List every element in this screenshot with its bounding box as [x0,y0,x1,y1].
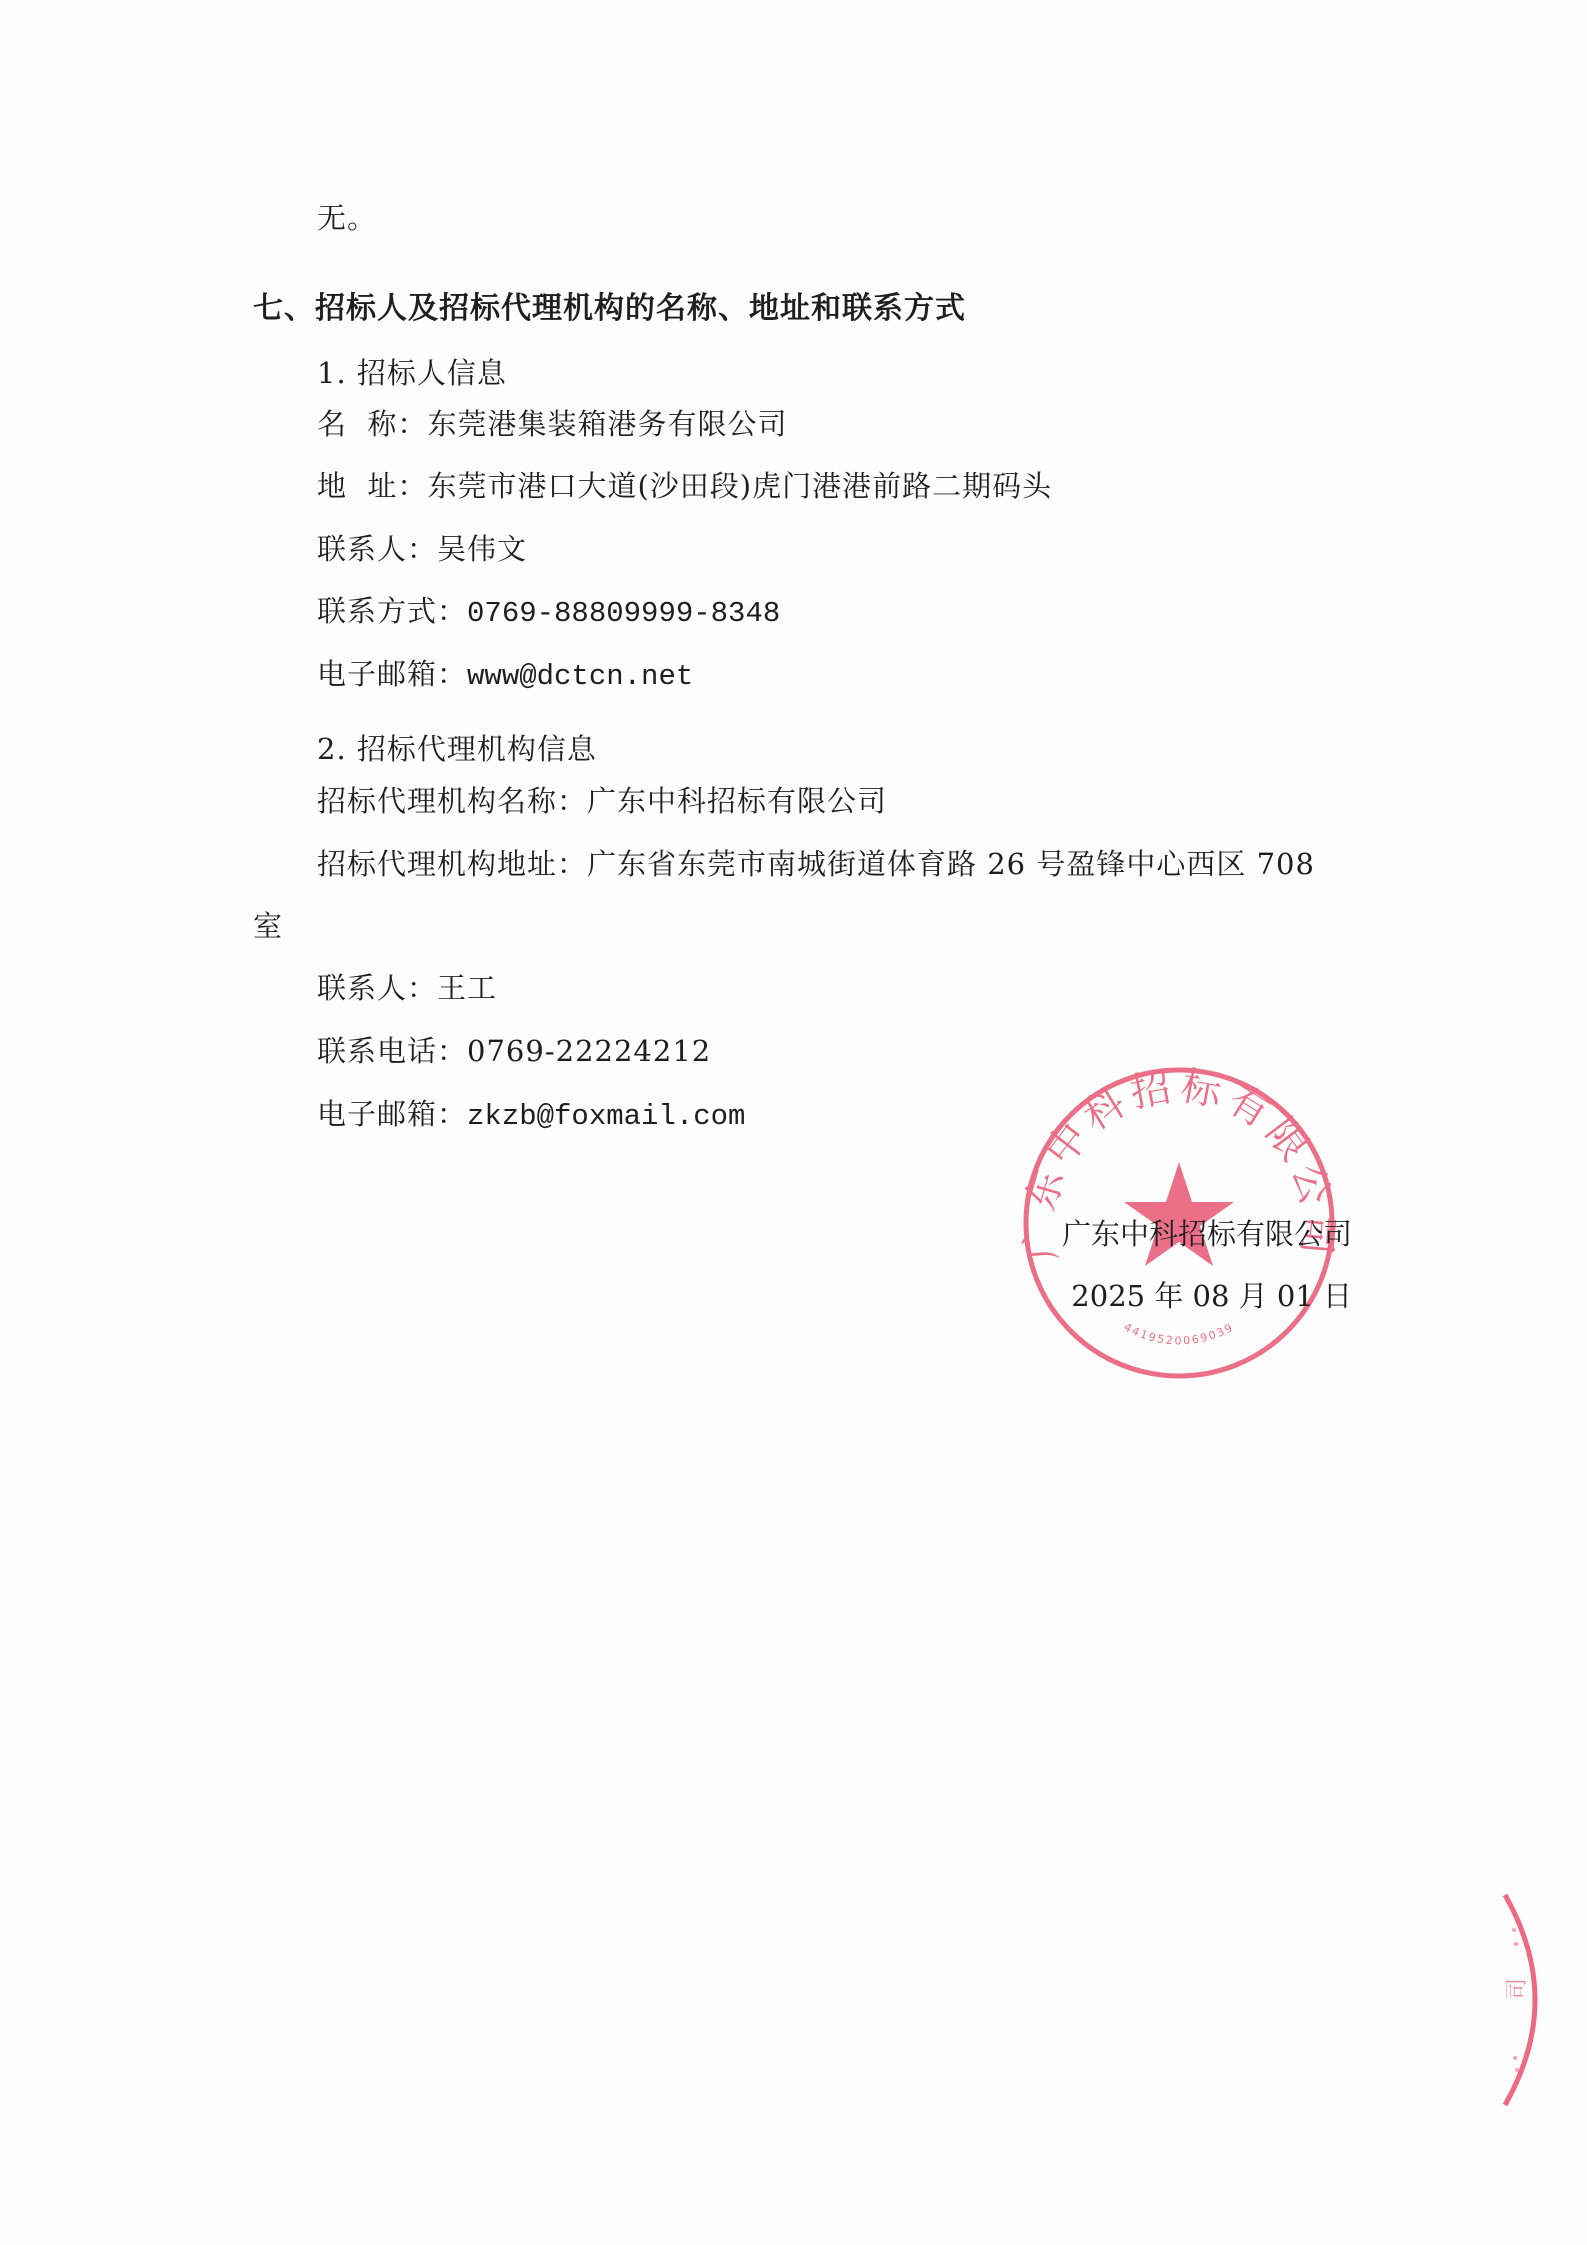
agency-phone-row: 联系电话：0769-22224212 [317,1033,711,1069]
signature-date: 2025 年 08 月 01 日 [1071,1278,1352,1314]
document-page: 无。 七、招标人及招标代理机构的名称、地址和联系方式 1. 招标人信息 名 称：… [0,0,1587,2245]
agency-subheading: 2. 招标代理机构信息 [317,731,597,767]
agency-email-row: 电子邮箱：zkzb@foxmail.com [317,1096,745,1135]
agency-contact-label: 联系人： [317,971,437,1005]
agency-address-value-line2: 室 [253,908,283,944]
tenderer-contact-value: 吴伟文 [437,532,527,566]
seam-seal-icon: 司 [1480,1880,1587,2120]
agency-name-label: 招标代理机构名称： [317,784,587,818]
svg-text:司: 司 [1505,1978,1530,2000]
tenderer-phone-row: 联系方式：0769-88809999-8348 [317,593,780,632]
seal-serial: 4419520069039 [1122,1320,1237,1347]
tenderer-contact-label: 联系人： [317,532,437,566]
agency-email-value[interactable]: zkzb@foxmail.com [467,1100,745,1133]
agency-name-value: 广东中科招标有限公司 [587,784,887,818]
tenderer-address-label: 地 址： [317,469,427,503]
tenderer-address-row: 地 址：东莞市港口大道(沙田段)虎门港港前路二期码头 [317,468,1052,504]
tenderer-subheading: 1. 招标人信息 [317,355,507,391]
tenderer-contact-row: 联系人：吴伟文 [317,531,527,567]
agency-phone-value: 0769-22224212 [467,1034,711,1068]
tenderer-name-row: 名 称：东莞港集装箱港务有限公司 [317,406,787,442]
agency-name-row: 招标代理机构名称：广东中科招标有限公司 [317,783,887,819]
agency-contact-value: 王工 [437,971,497,1005]
agency-email-label: 电子邮箱： [317,1097,467,1131]
agency-address-label: 招标代理机构地址： [317,847,587,881]
preceding-text: 无。 [317,200,377,236]
tenderer-email-row: 电子邮箱：www@dctcn.net [317,656,693,695]
agency-address-value-line1: 广东省东莞市南城街道体育路 26 号盈锋中心西区 708 [587,847,1315,881]
agency-phone-label: 联系电话： [317,1034,467,1068]
tenderer-email-value[interactable]: www@dctcn.net [467,660,693,693]
agency-contact-row: 联系人：王工 [317,970,497,1006]
tenderer-name-label: 名 称： [317,407,427,441]
tenderer-phone-label: 联系方式： [317,594,467,628]
tenderer-phone-value: 0769-88809999-8348 [467,597,780,630]
tenderer-email-label: 电子邮箱： [317,657,467,691]
signature-company: 广东中科招标有限公司 [1062,1216,1352,1252]
tenderer-name-value: 东莞港集装箱港务有限公司 [427,407,787,441]
section-heading: 七、招标人及招标代理机构的名称、地址和联系方式 [253,291,966,327]
tenderer-address-value: 东莞市港口大道(沙田段)虎门港港前路二期码头 [427,469,1052,503]
agency-address-row: 招标代理机构地址：广东省东莞市南城街道体育路 26 号盈锋中心西区 708 [317,846,1315,882]
